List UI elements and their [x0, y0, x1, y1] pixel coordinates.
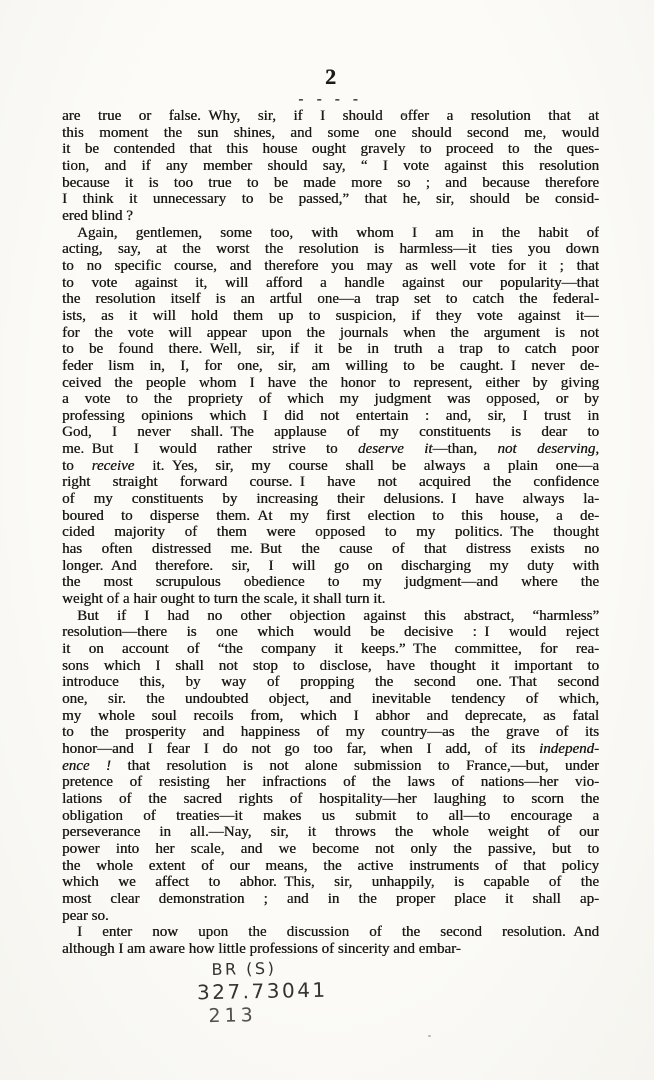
- text-line: it be contended that this house ought gr…: [62, 141, 599, 158]
- text-line: most clear demonstration ; and in the pr…: [62, 891, 599, 908]
- text-line: the most scrupulous obedience to my judg…: [62, 574, 599, 591]
- text-line: feder lism in, I, for one, sir, am willi…: [62, 358, 599, 375]
- scanned-document-page: 2 - - - - are true or false. Why, sir, i…: [0, 0, 654, 1080]
- text-line: God, I never shall. The applause of my c…: [62, 424, 599, 441]
- text-line: But if I had no other objection against …: [62, 608, 599, 625]
- text-line: I enter now upon the discussion of the s…: [62, 924, 599, 941]
- text-line: introduce this, by way of propping the s…: [62, 674, 599, 691]
- handwritten-call-number: BR (S) 327.73041 213: [196, 958, 328, 1028]
- text-line: has often distressed me. But the cause o…: [62, 541, 599, 558]
- paragraph: I enter now upon the discussion of the s…: [62, 924, 599, 957]
- header-ornament-dashes: - - - -: [62, 92, 599, 108]
- text-line: longer. And therefore. sir, I will go on…: [62, 558, 599, 575]
- text-line: professing opinions which I did not ente…: [62, 408, 599, 425]
- ink-speck: [428, 1035, 431, 1037]
- paragraph: are true or false. Why, sir, if I should…: [62, 108, 599, 225]
- ink-speck: [403, 113, 406, 116]
- text-line: acting, say, at the worst the resolution…: [62, 241, 599, 258]
- paragraph: Again, gentlemen, some too, with whom I …: [62, 225, 599, 608]
- text-line: to the prosperity and happiness of my co…: [62, 724, 599, 741]
- text-line: to no specific course, and therefore you…: [62, 258, 599, 275]
- text-line: power into her scale, and we become not …: [62, 841, 599, 858]
- text-line: although I am aware how little professio…: [62, 941, 599, 958]
- text-line: one, sir. the undoubted object, and inev…: [62, 691, 599, 708]
- text-line: tion, and if any member should say, “ I …: [62, 158, 599, 175]
- text-line: sons which I shall not stop to disclose,…: [62, 658, 599, 675]
- page-text: are true or false. Why, sir, if I should…: [62, 108, 599, 957]
- call-number-suffix: 213: [208, 1003, 328, 1028]
- text-line: I think it unnecessary to be passed,” th…: [62, 191, 599, 208]
- text-line: to receive it. Yes, sir, my course shall…: [62, 458, 599, 475]
- text-line: because it is too true to be made more s…: [62, 175, 599, 192]
- text-line: to be found there. Well, sir, if it be i…: [62, 341, 599, 358]
- text-line: which we affect to abhor. This, sir, unh…: [62, 874, 599, 891]
- text-line: lations of the sacred rights of hospital…: [62, 791, 599, 808]
- text-line: it on account of “the company it keeps.”…: [62, 641, 599, 658]
- text-line: the whole extent of our means, the activ…: [62, 858, 599, 875]
- text-line: cided majority of them were opposed to m…: [62, 524, 599, 541]
- text-line: for the vote will appear upon the journa…: [62, 325, 599, 342]
- text-line: my whole soul recoils from, which I abho…: [62, 708, 599, 725]
- text-line: to vote against it, will afford a handle…: [62, 275, 599, 292]
- paragraph: But if I had no other objection against …: [62, 608, 599, 924]
- text-line: weight of a hair ought to turn the scale…: [62, 591, 599, 608]
- text-line: ence ! that resolution is not alone subm…: [62, 758, 599, 775]
- text-line: boured to disperse them. At my first ele…: [62, 508, 599, 525]
- text-line: this moment the sun shines, and some one…: [62, 125, 599, 142]
- text-line: perseverance in all.—Nay, sir, it throws…: [62, 824, 599, 841]
- text-line: pear so.: [62, 908, 599, 925]
- text-line: the resolution itself is an artful one—a…: [62, 291, 599, 308]
- text-line: a vote to the propriety of which my judg…: [62, 391, 599, 408]
- text-line: Again, gentlemen, some too, with whom I …: [62, 225, 599, 242]
- text-line: me. But I would rather strive to deserve…: [62, 441, 599, 458]
- text-line: resolution—there is one which would be d…: [62, 624, 599, 641]
- text-line: ists, as it will hold them up to suspici…: [62, 308, 599, 325]
- text-line: pretence of resisting her infractions of…: [62, 774, 599, 791]
- text-line: honor—and I fear I do not go too far, wh…: [62, 741, 599, 758]
- page-number: 2: [62, 64, 599, 90]
- call-number-prefix: BR (S): [211, 958, 327, 979]
- text-line: ceived the people whom I have the honor …: [62, 375, 599, 392]
- text-line: right straight forward course. I have no…: [62, 474, 599, 491]
- call-number-main: 327.73041: [197, 978, 328, 1005]
- text-line: of my constituents by increasing their d…: [62, 491, 599, 508]
- text-line: ered blind ?: [62, 208, 599, 225]
- text-line: obligation of treaties—it makes us submi…: [62, 808, 599, 825]
- text-line: are true or false. Why, sir, if I should…: [62, 108, 599, 125]
